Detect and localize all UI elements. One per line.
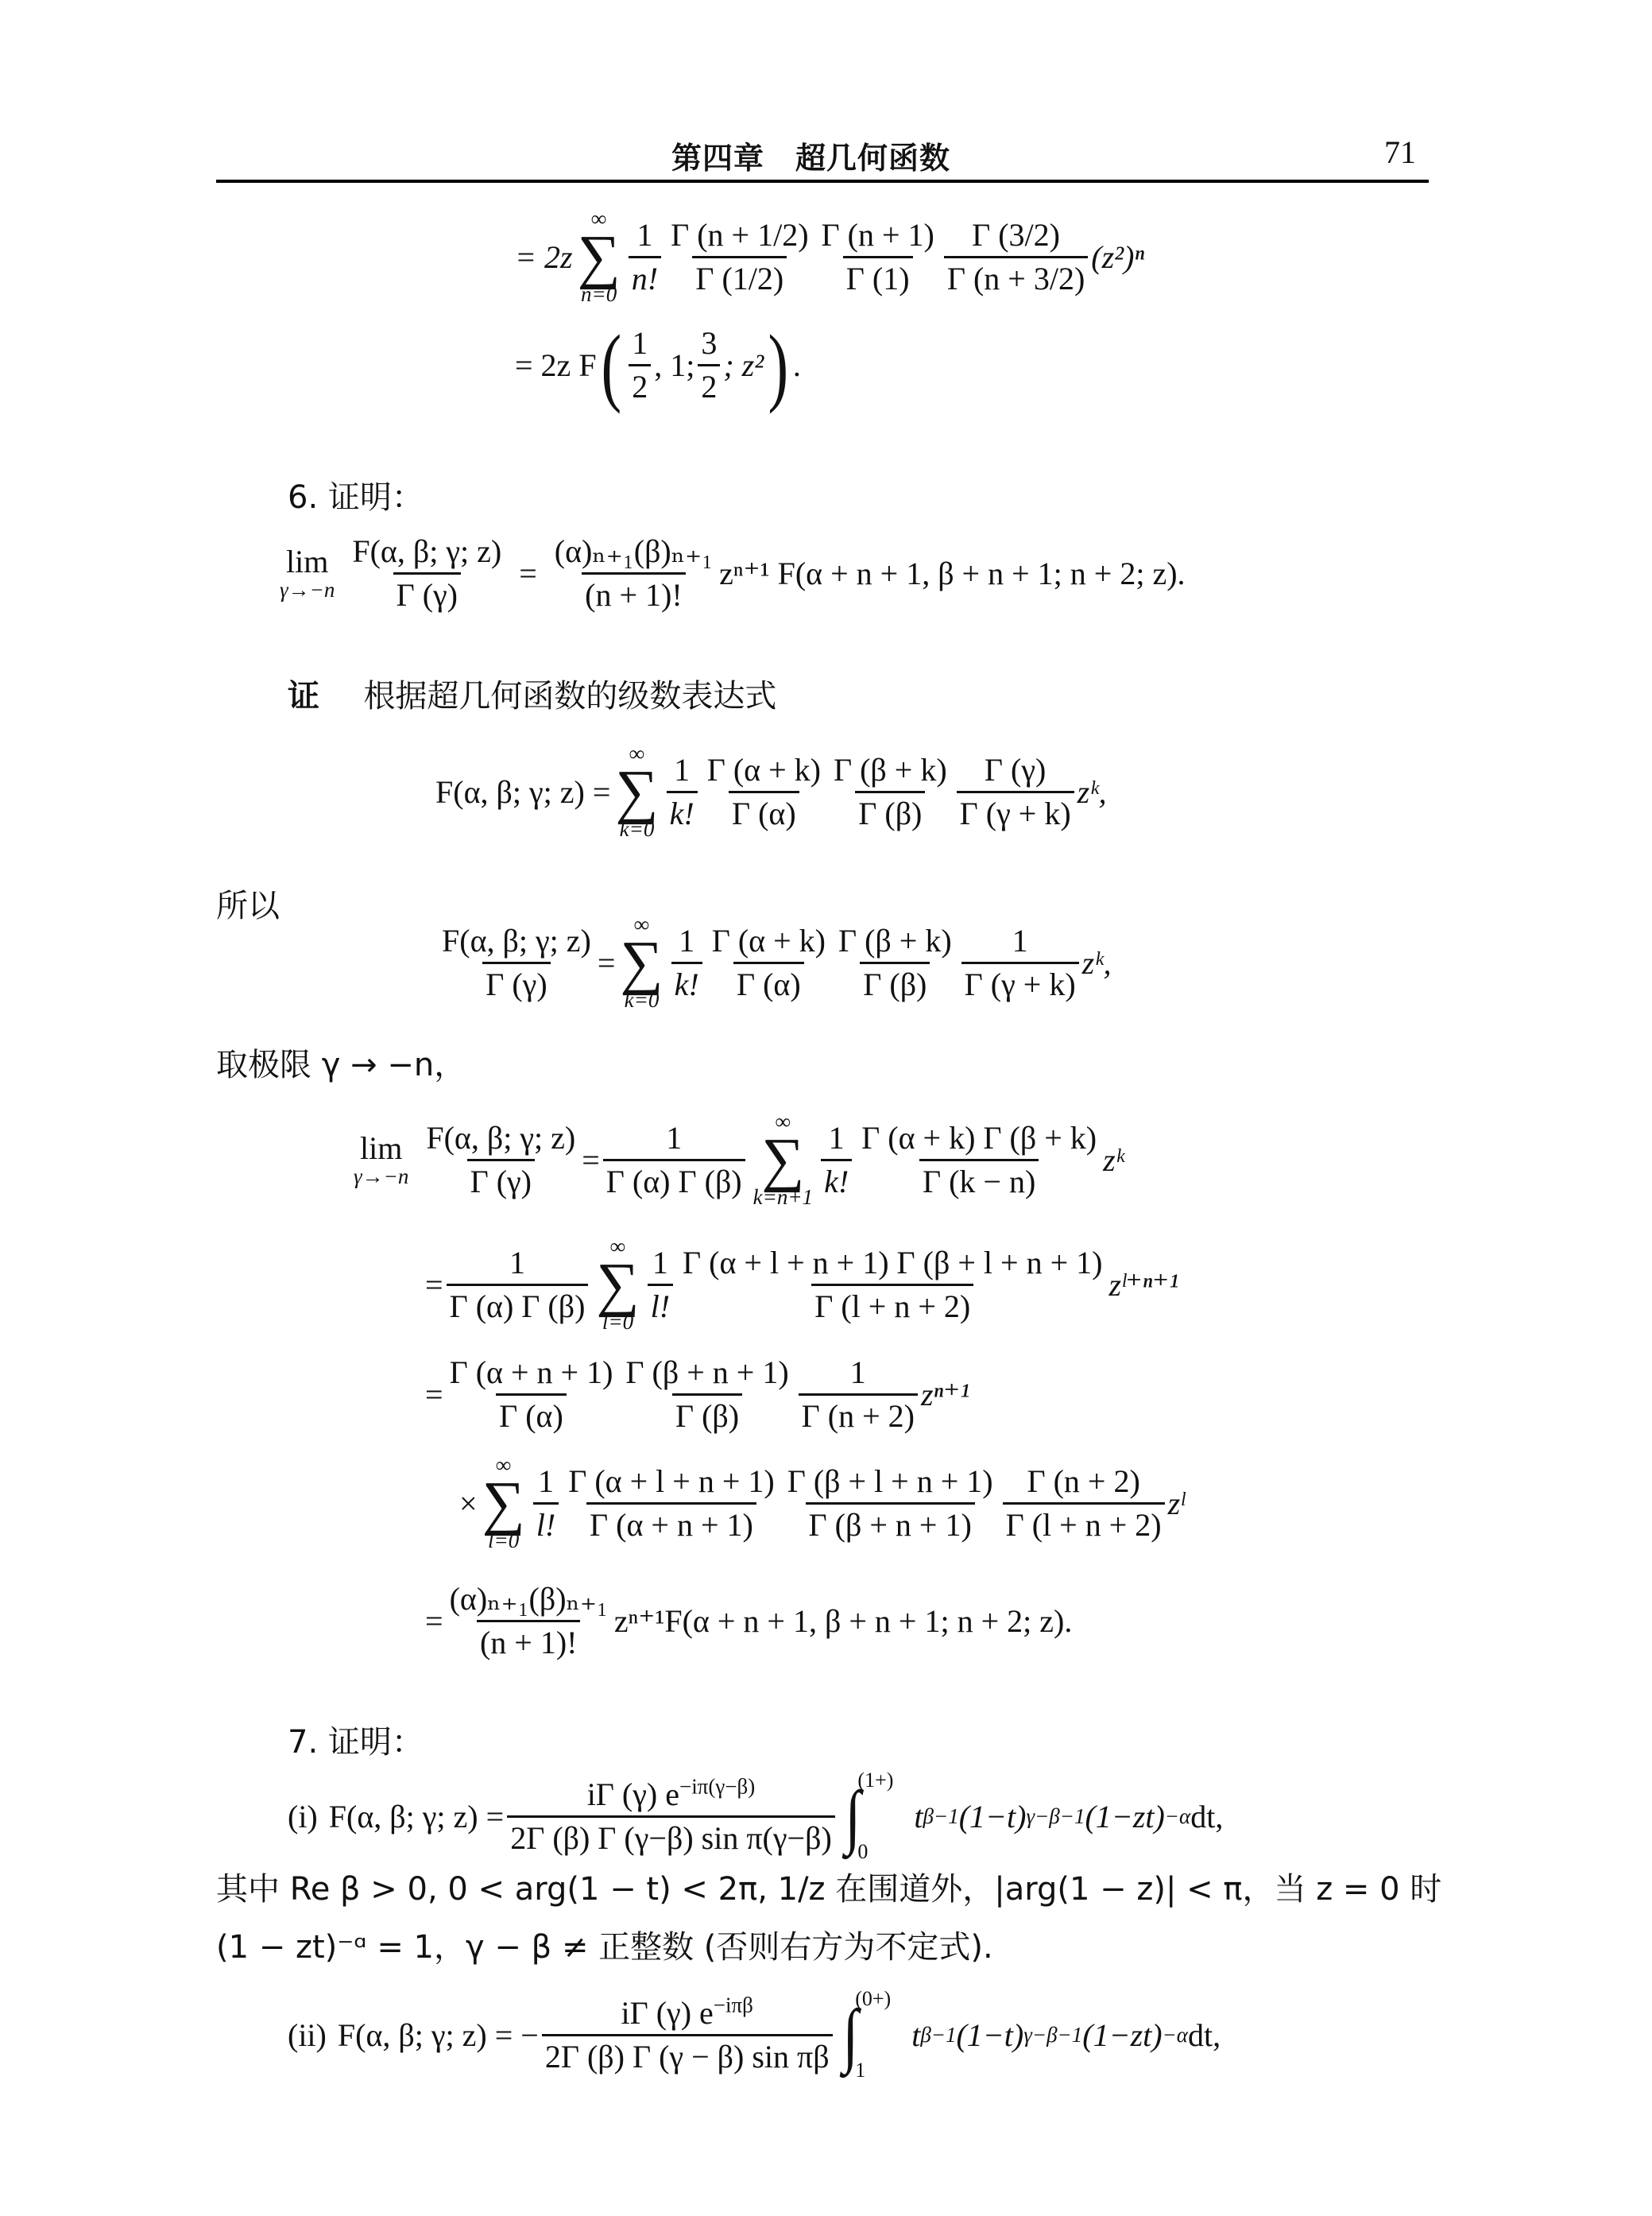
part-label: (i)	[288, 1798, 318, 1835]
chapter-title: 第四章 超几何函数	[671, 134, 950, 177]
fraction: (α)ₙ₊₁(β)ₙ₊₁(n + 1)!	[551, 534, 716, 613]
proof-label: 证	[288, 678, 319, 715]
eq-lhs: = 2z F	[515, 347, 597, 384]
derivation-step-3: = Γ (α + n + 1)Γ (α) Γ (β + n + 1)Γ (β) …	[425, 1355, 969, 1434]
sum-operator: ∞ ∑ k=0	[620, 914, 663, 1011]
fraction: 1l!	[648, 1246, 673, 1324]
problem-6-label: 6. 证明：	[288, 472, 424, 517]
fraction: iΓ (γ) e−iπβ 2Γ (β) Γ (γ − β) sin πβ	[542, 1996, 833, 2075]
fraction: Γ (γ)Γ (γ + k)	[957, 753, 1074, 831]
sum-operator: ∞ ∑ k=n+1	[753, 1111, 813, 1208]
problem-7-label: 7. 证明：	[288, 1717, 424, 1762]
sum-operator: ∞ ∑ n=0	[578, 208, 621, 305]
series-definition: F(α, β; γ; z) = ∞ ∑ k=0 1k! Γ (α + k)Γ (…	[435, 743, 1106, 840]
contour-integral: ∫ (0+)1	[841, 1987, 892, 2082]
fraction: Γ (3/2)Γ (n + 3/2)	[944, 218, 1088, 296]
fraction: Γ (β + l + n + 1)Γ (β + n + 1)	[784, 1464, 996, 1543]
eq-tail: (z²)ⁿ	[1091, 238, 1144, 276]
fraction: 1n!	[629, 218, 661, 296]
proof-intro: 证 根据超几何函数的级数表达式	[288, 671, 776, 716]
problem-7-part-ii: (ii) F(α, β; γ; z) = − iΓ (γ) e−iπβ 2Γ (…	[288, 1987, 1221, 2082]
derivation-step-5: = (α)ₙ₊₁(β)ₙ₊₁(n + 1)! zⁿ⁺¹F(α + n + 1, …	[425, 1582, 1072, 1660]
limit-label: 取极限 γ → −n，	[216, 1040, 466, 1085]
limit-operator: lim γ→−n	[354, 1132, 408, 1187]
derivation-step-4: × ∞ ∑ l=0 1l! Γ (α + l + n + 1)Γ (α + n …	[459, 1455, 1185, 1552]
equation-continuation-2: = 2z F ( 12 , 1; 32 ; z² ) .	[515, 326, 801, 405]
fraction: 1Γ (α) Γ (β)	[603, 1121, 745, 1199]
fraction: Γ (α + k)Γ (α)	[704, 753, 824, 831]
fraction: (α)ₙ₊₁(β)ₙ₊₁(n + 1)!	[447, 1582, 611, 1660]
fraction: Γ (n + 2)Γ (l + n + 2)	[1003, 1464, 1165, 1543]
fraction: Γ (α + k) Γ (β + k)Γ (k − n)	[858, 1121, 1100, 1199]
book-page: 第四章 超几何函数 71 = 2z ∞ ∑ n=0 1n! Γ (n + 1/2…	[0, 0, 1652, 2216]
part-label: (ii)	[288, 2016, 327, 2054]
series-divided: F(α, β; γ; z)Γ (γ) = ∞ ∑ k=0 1k! Γ (α + …	[435, 914, 1111, 1011]
proof-intro-text: 根据超几何函数的级数表达式	[363, 678, 776, 715]
conditions-line-1: 其中 Re β > 0, 0 < arg(1 − t) < 2π, 1/z 在围…	[216, 1864, 1441, 1909]
fraction: Γ (β + k)Γ (β)	[830, 753, 950, 831]
fraction: 12	[629, 326, 651, 405]
fraction: 1Γ (α) Γ (β)	[447, 1246, 589, 1324]
fraction: Γ (n + 1)Γ (1)	[818, 218, 938, 296]
fraction: F(α, β; γ; z)Γ (γ)	[349, 534, 505, 613]
sum-operator: ∞ ∑ l=0	[596, 1236, 639, 1333]
sum-operator: ∞ ∑ l=0	[482, 1455, 525, 1552]
fraction: 1l!	[533, 1464, 559, 1543]
fraction: Γ (β + k)Γ (β)	[835, 924, 955, 1002]
fraction: Γ (α + n + 1)Γ (α)	[447, 1355, 617, 1434]
eq-lhs: = 2z	[515, 238, 573, 276]
derivation-step-2: = 1Γ (α) Γ (β) ∞ ∑ l=0 1l! Γ (α + l + n …	[425, 1236, 1178, 1333]
header-rule	[216, 180, 1429, 183]
limit-operator: lim γ→−n	[280, 545, 335, 601]
page-number: 71	[1384, 134, 1416, 171]
fraction: F(α, β; γ; z)Γ (γ)	[423, 1121, 578, 1199]
fraction: Γ (α + k)Γ (α)	[709, 924, 829, 1002]
sum-operator: ∞ ∑ k=0	[615, 743, 658, 840]
problem-7-part-i: (i) F(α, β; γ; z) = iΓ (γ) e−iπ(γ−β) 2Γ …	[288, 1769, 1223, 1864]
fraction: Γ (α + l + n + 1)Γ (α + n + 1)	[565, 1464, 778, 1543]
fraction: 1Γ (n + 2)	[799, 1355, 918, 1434]
problem-6-statement: lim γ→−n F(α, β; γ; z)Γ (γ) = (α)ₙ₊₁(β)ₙ…	[280, 534, 1186, 613]
so-label: 所以	[216, 881, 280, 926]
fraction: iΓ (γ) e−iπ(γ−β) 2Γ (β) Γ (γ−β) sin π(γ−…	[507, 1777, 835, 1856]
equation-continuation-1: = 2z ∞ ∑ n=0 1n! Γ (n + 1/2)Γ (1/2) Γ (n…	[515, 208, 1144, 305]
fraction: 1k!	[821, 1121, 852, 1199]
fraction: 1k!	[667, 753, 698, 831]
fraction: F(α, β; γ; z)Γ (γ)	[439, 924, 594, 1002]
fraction: Γ (n + 1/2)Γ (1/2)	[667, 218, 811, 296]
conditions-line-2: (1 − zt)⁻ᵅ = 1，γ − β ≠ 正整数 (否则右方为不定式).	[216, 1922, 993, 1967]
fraction: 32	[698, 326, 720, 405]
fraction: 1k!	[671, 924, 702, 1002]
running-header: 第四章 超几何函数 71	[0, 134, 1652, 178]
fraction: Γ (β + n + 1)Γ (β)	[622, 1355, 791, 1434]
fraction: 1Γ (γ + k)	[961, 924, 1079, 1002]
eq-tail: zⁿ⁺¹ F(α + n + 1, β + n + 1; n + 2; z).	[719, 555, 1185, 592]
fraction: Γ (α + l + n + 1) Γ (β + l + n + 1)Γ (l …	[679, 1246, 1105, 1324]
contour-integral: ∫ (1+)0	[843, 1769, 894, 1864]
derivation-step-1: lim γ→−n F(α, β; γ; z)Γ (γ) = 1Γ (α) Γ (…	[354, 1111, 1124, 1208]
